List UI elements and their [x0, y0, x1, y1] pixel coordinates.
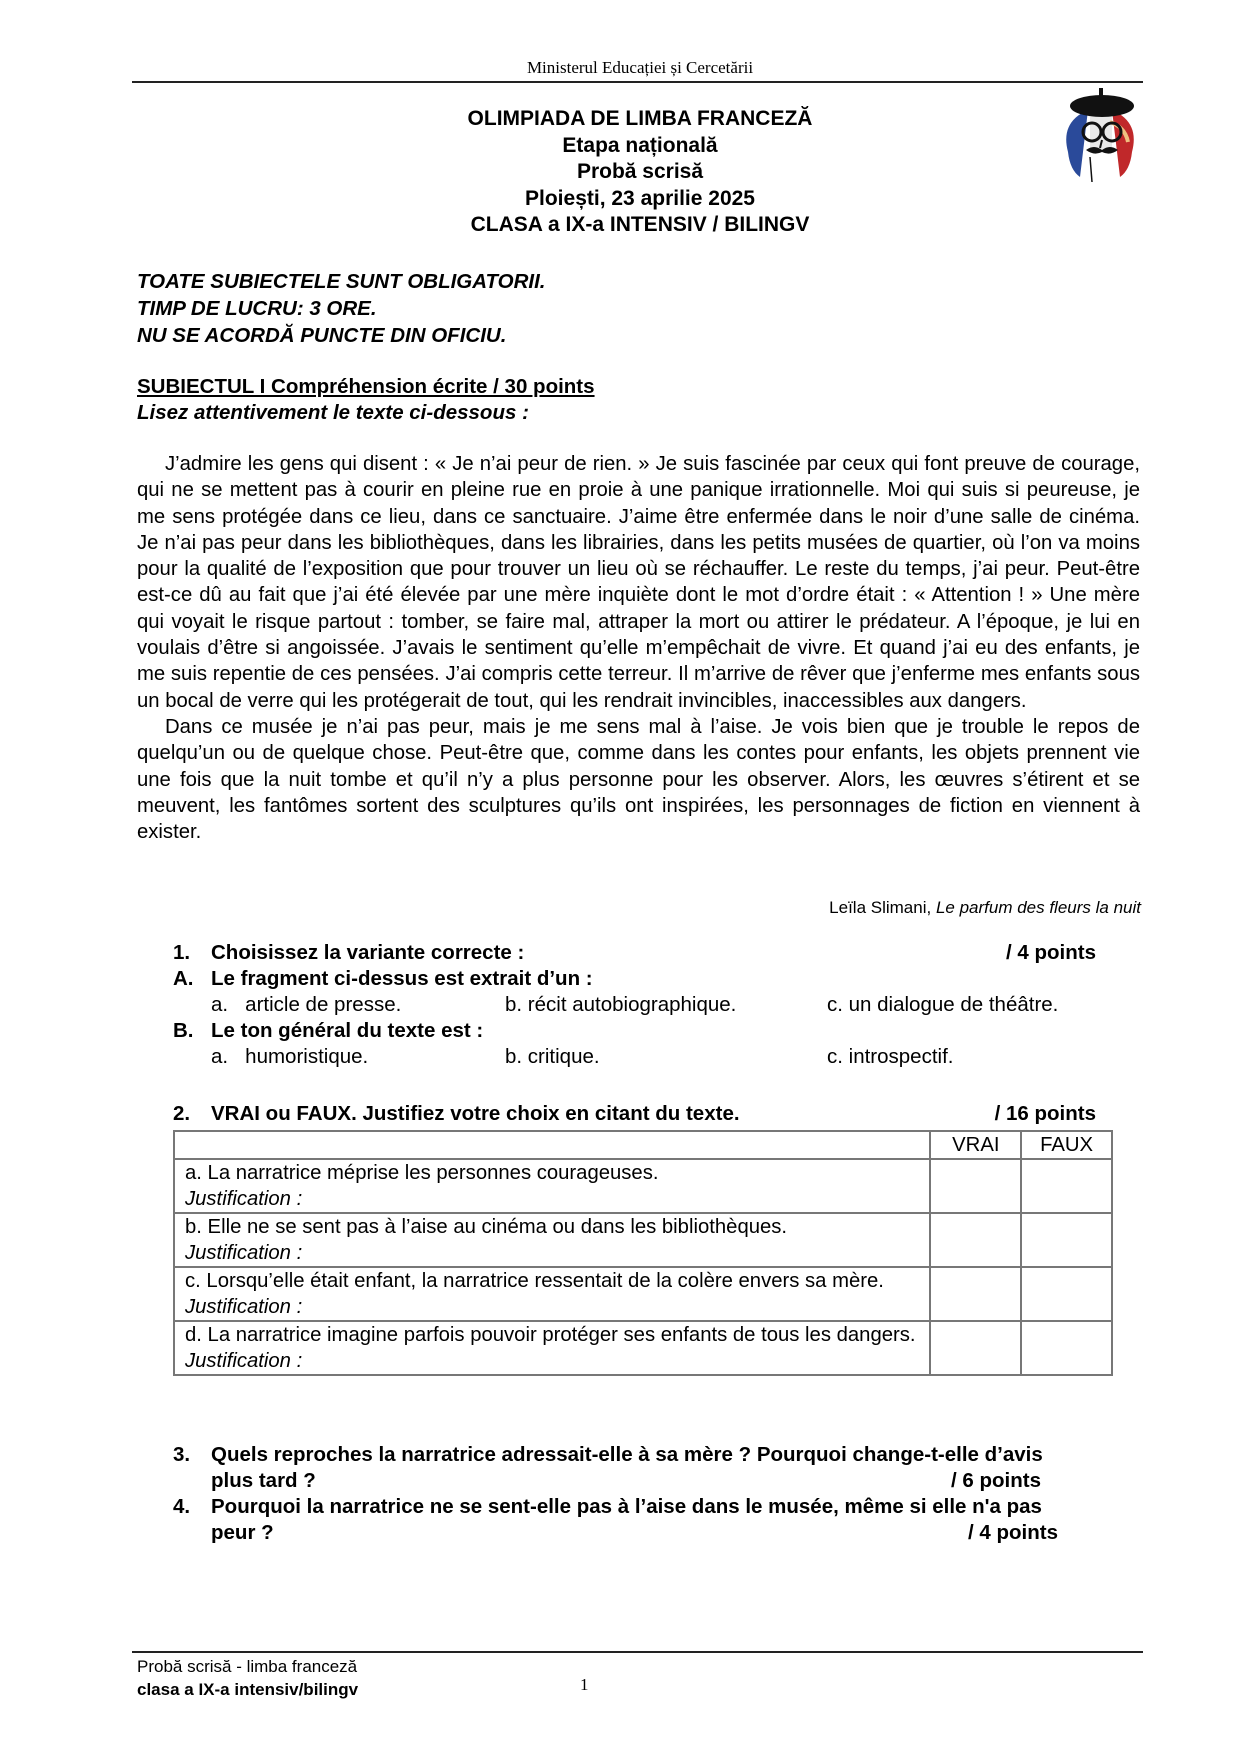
rule-no-free-points: NU SE ACORDĂ PUNCTE DIN OFICIU.: [137, 322, 546, 349]
faux-checkbox-cell[interactable]: [1021, 1267, 1112, 1321]
header-vrai: VRAI: [930, 1131, 1021, 1159]
option-b: b. critique.: [505, 1044, 600, 1070]
part-label: B.: [173, 1018, 194, 1044]
header-rule: [132, 81, 1143, 83]
statement-text: d. La narratrice imagine parfois pouvoir…: [185, 1322, 919, 1348]
question-points: / 16 points: [995, 1101, 1096, 1127]
reading-passage: J’admire les gens qui disent : « Je n’ai…: [137, 451, 1140, 845]
exam-title: OLIMPIADA DE LIMBA FRANCEZĂ: [320, 106, 960, 133]
vrai-checkbox-cell[interactable]: [930, 1321, 1021, 1375]
vrai-checkbox-cell[interactable]: [930, 1213, 1021, 1267]
statement-text: a. La narratrice méprise les personnes c…: [185, 1160, 919, 1186]
question-text: Choisissez la variante correcte :: [211, 940, 524, 966]
exam-rules: TOATE SUBIECTELE SUNT OBLIGATORII. TIMP …: [137, 268, 546, 349]
question-text-cont: plus tard ?: [211, 1468, 316, 1494]
option-c: c. un dialogue de théâtre.: [827, 992, 1058, 1018]
question-text: VRAI ou FAUX. Justifiez votre choix en c…: [211, 1101, 740, 1127]
faux-checkbox-cell[interactable]: [1021, 1213, 1112, 1267]
page-number: 1: [580, 1675, 589, 1695]
question-number: 1.: [173, 940, 190, 966]
part-text: Le fragment ci-dessus est extrait d’un :: [211, 966, 593, 992]
passage-source: Leïla Slimani, Le parfum des fleurs la n…: [829, 898, 1141, 918]
faux-checkbox-cell[interactable]: [1021, 1159, 1112, 1213]
justification-field[interactable]: Justification :: [185, 1186, 919, 1212]
source-work: Le parfum des fleurs la nuit: [936, 898, 1141, 917]
table-row: a. La narratrice méprise les personnes c…: [174, 1159, 1112, 1213]
question-points: / 4 points: [1006, 940, 1096, 966]
option-a: a. humoristique.: [211, 1044, 368, 1070]
table-row: c. Lorsqu’elle était enfant, la narratri…: [174, 1267, 1112, 1321]
footer-line-2: clasa a IX-a intensiv/bilingv: [137, 1678, 358, 1701]
exam-title-block: OLIMPIADA DE LIMBA FRANCEZĂ Etapa națion…: [320, 106, 960, 239]
question-text-cont: peur ?: [211, 1520, 274, 1546]
footer-line-1: Probă scrisă - limba franceză: [137, 1655, 358, 1678]
part-label: A.: [173, 966, 194, 992]
statement-cell: a. La narratrice méprise les personnes c…: [174, 1159, 930, 1213]
table-row: d. La narratrice imagine parfois pouvoir…: [174, 1321, 1112, 1375]
subject-block: SUBIECTUL I Compréhension écrite / 30 po…: [137, 374, 595, 426]
exam-stage: Etapa națională: [320, 133, 960, 160]
footer-rule: [132, 1651, 1143, 1653]
table-header-row: VRAI FAUX: [174, 1131, 1112, 1159]
footer-info: Probă scrisă - limba franceză clasa a IX…: [137, 1655, 358, 1701]
statement-cell: b. Elle ne se sent pas à l’aise au ciném…: [174, 1213, 930, 1267]
exam-place-date: Ploiești, 23 aprilie 2025: [320, 186, 960, 213]
header-statement-cell: [174, 1131, 930, 1159]
question-number: 2.: [173, 1101, 190, 1127]
question-text: Quels reproches la narratrice adressait-…: [211, 1442, 1043, 1468]
justification-field[interactable]: Justification :: [185, 1348, 919, 1374]
table-row: b. Elle ne se sent pas à l’aise au ciném…: [174, 1213, 1112, 1267]
exam-type: Probă scrisă: [320, 159, 960, 186]
part-text: Le ton général du texte est :: [211, 1018, 483, 1044]
passage-paragraph-2: Dans ce musée je n’ai pas peur, mais je …: [137, 714, 1140, 845]
rule-mandatory: TOATE SUBIECTELE SUNT OBLIGATORII.: [137, 268, 546, 295]
ministry-header: Ministerul Educației și Cercetării: [0, 58, 1241, 78]
subject-instruction: Lisez attentivement le texte ci-dessous …: [137, 400, 595, 426]
exam-class: CLASA a IX-a INTENSIV / BILINGV: [320, 212, 960, 239]
subject-heading: SUBIECTUL I Compréhension écrite / 30 po…: [137, 374, 595, 400]
true-false-table: VRAI FAUX a. La narratrice méprise les p…: [173, 1130, 1113, 1376]
passage-paragraph-1: J’admire les gens qui disent : « Je n’ai…: [137, 451, 1140, 714]
header-faux: FAUX: [1021, 1131, 1112, 1159]
question-number: 3.: [173, 1442, 190, 1468]
option-a: a. article de presse.: [211, 992, 401, 1018]
source-author: Leïla Slimani,: [829, 898, 936, 917]
option-c: c. introspectif.: [827, 1044, 953, 1070]
question-number: 4.: [173, 1494, 190, 1520]
statement-text: b. Elle ne se sent pas à l’aise au ciném…: [185, 1214, 919, 1240]
justification-field[interactable]: Justification :: [185, 1240, 919, 1266]
question-points: / 4 points: [968, 1520, 1058, 1546]
statement-cell: d. La narratrice imagine parfois pouvoir…: [174, 1321, 930, 1375]
statement-cell: c. Lorsqu’elle était enfant, la narratri…: [174, 1267, 930, 1321]
vrai-checkbox-cell[interactable]: [930, 1267, 1021, 1321]
rule-time: TIMP DE LUCRU: 3 ORE.: [137, 295, 546, 322]
statement-text: c. Lorsqu’elle était enfant, la narratri…: [185, 1268, 919, 1294]
faux-checkbox-cell[interactable]: [1021, 1321, 1112, 1375]
olympiad-logo-icon: [1050, 82, 1150, 192]
option-b: b. récit autobiographique.: [505, 992, 736, 1018]
vrai-checkbox-cell[interactable]: [930, 1159, 1021, 1213]
justification-field[interactable]: Justification :: [185, 1294, 919, 1320]
question-text: Pourquoi la narratrice ne se sent-elle p…: [211, 1494, 1042, 1520]
question-points: / 6 points: [951, 1468, 1041, 1494]
